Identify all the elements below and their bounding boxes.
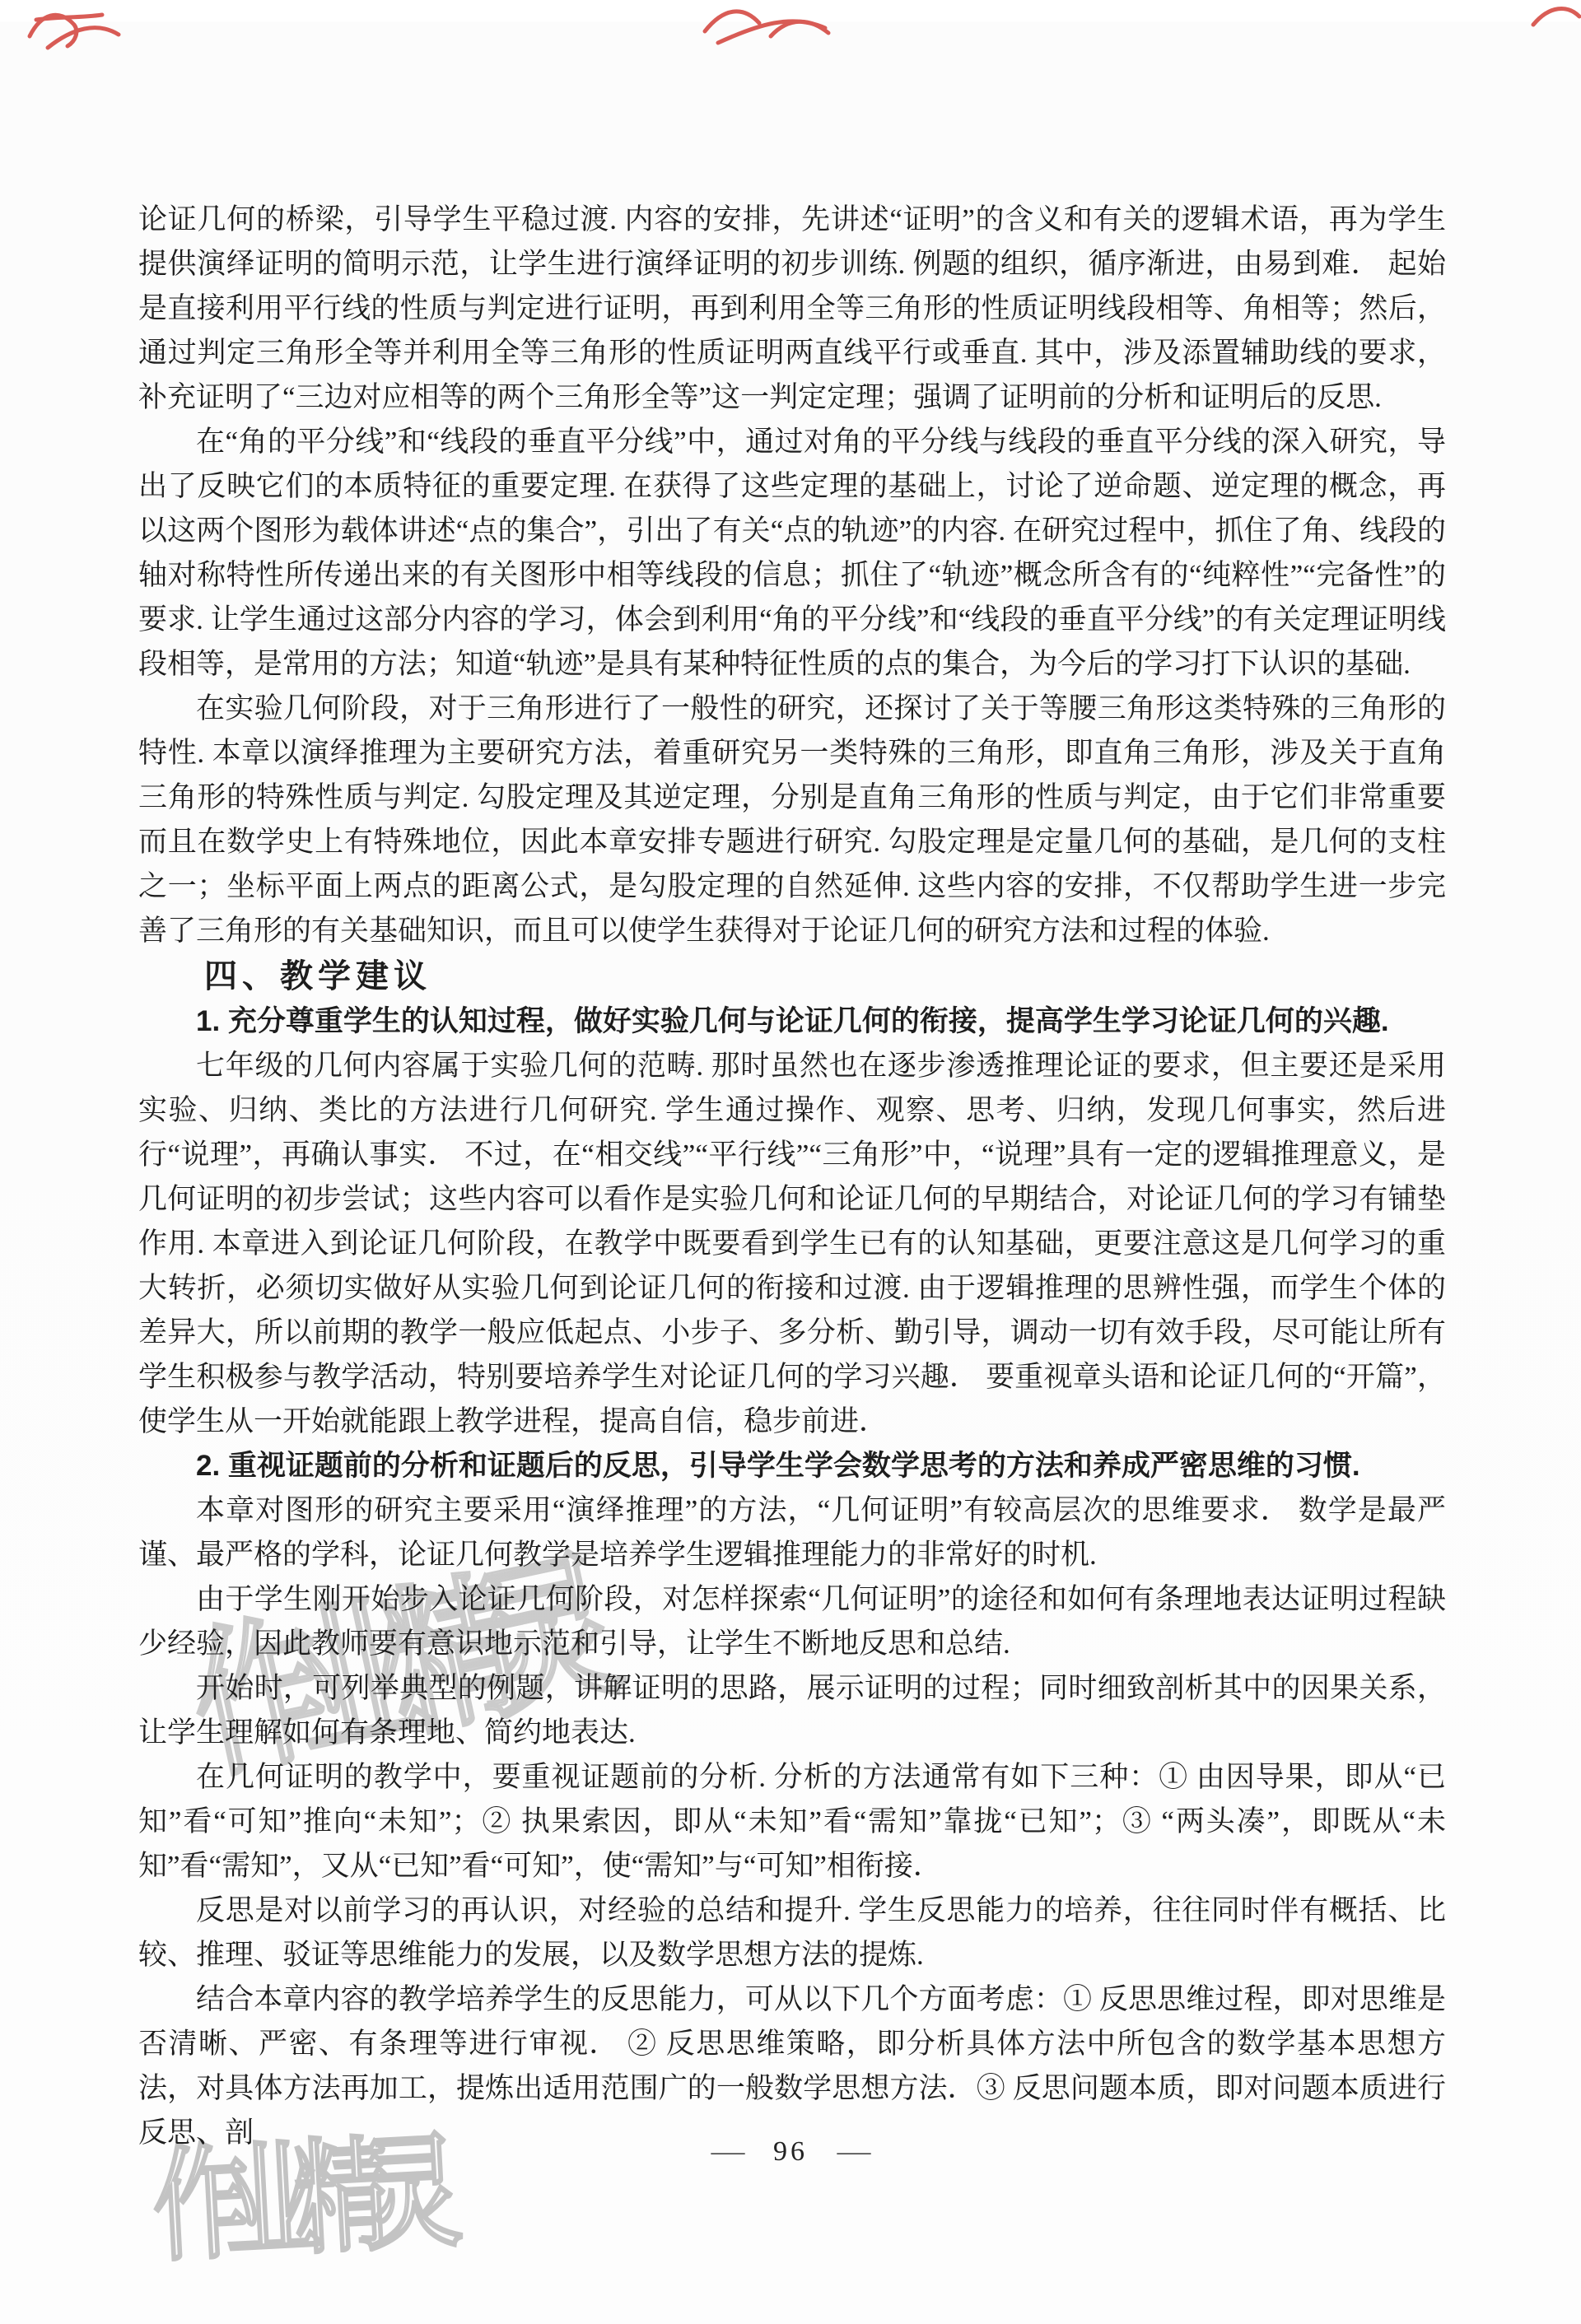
body-text: 论证几何的桥梁，引导学生平稳过渡. 内容的安排，先讲述“证明”的含义和有关的逻辑… (138, 198, 1446, 2155)
red-ink-scribbles (0, 0, 1581, 74)
ink-stroke (1533, 9, 1579, 25)
paragraph-reflection: 反思是对以前学习的再认识，对经验的总结和提升. 学生反思能力的培养，往往同时伴有… (138, 1889, 1446, 1977)
paragraph-angle-bisector: 在“角的平分线”和“线段的垂直平分线”中，通过对角的平分线与线段的垂直平分线的深… (138, 420, 1446, 687)
paragraph-student-guidance: 由于学生刚开始步入论证几何阶段，对怎样探索“几何证明”的途径和如何有条理地表达证… (138, 1577, 1446, 1666)
paragraph-reflection-aspects: 结合本章内容的教学培养学生的反思能力，可从以下几个方面考虑：① 反思思维过程，即… (138, 1977, 1446, 2155)
paragraph-analysis-methods: 在几何证明的教学中，要重视证题前的分析. 分析的方法通常有如下三种：① 由因导果… (138, 1755, 1446, 1889)
ink-stroke (48, 28, 119, 48)
paragraph-typical-examples: 开始时，可列举典型的例题，讲解证明的思路，展示证明的过程；同时细致剖析其中的因果… (138, 1666, 1446, 1755)
paragraph-deductive-method: 本章对图形的研究主要采用“演绎推理”的方法，“几何证明”有较高层次的思维要求． … (138, 1488, 1446, 1577)
paragraph-grade7-geometry: 七年级的几何内容属于实验几何的范畴. 那时虽然也在逐步渗透推理论证的要求，但主要… (138, 1044, 1446, 1444)
footer-left-dash: — (711, 2135, 744, 2168)
suggestion-2-title: 2. 重视证题前的分析和证题后的反思，引导学生学会数学思考的方法和养成严密思维的… (138, 1444, 1446, 1488)
section-heading-teaching-suggestions: 四、教学建议 (138, 953, 1446, 999)
scanned-page: 作业精灵 作业精灵 论证几何的桥梁，引导学生平稳过渡. 内容的安排，先讲述“证明… (0, 0, 1581, 2324)
page-number: 96 (773, 2135, 808, 2168)
page-footer: — 96 — (0, 2135, 1581, 2168)
paragraph-overview-lead: 论证几何的桥梁，引导学生平稳过渡. 内容的安排，先讲述“证明”的含义和有关的逻辑… (138, 198, 1446, 420)
paragraph-right-triangle: 在实验几何阶段，对于三角形进行了一般性的研究，还探讨了关于等腰三角形这类特殊的三… (138, 687, 1446, 953)
footer-right-dash: — (837, 2135, 870, 2168)
suggestion-1-title: 1. 充分尊重学生的认知过程，做好实验几何与论证几何的衔接，提高学生学习论证几何… (138, 999, 1446, 1044)
